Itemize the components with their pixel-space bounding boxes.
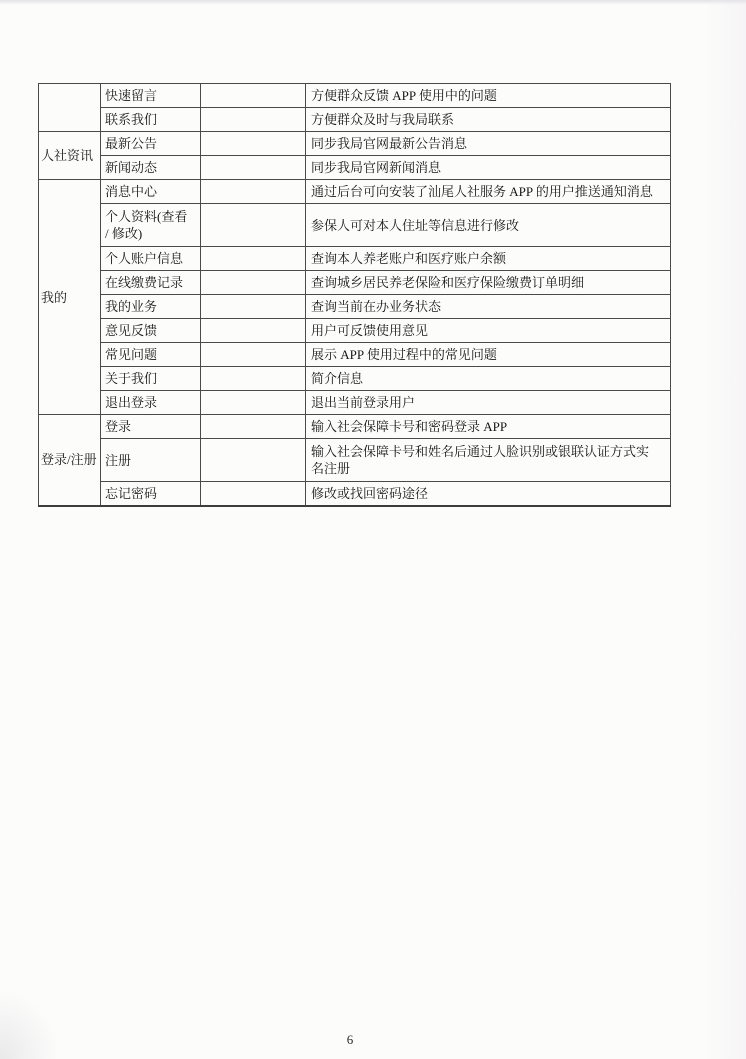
table-row: 个人资料(查看 / 修改) 参保人可对本人住址等信息进行修改	[39, 204, 671, 247]
table-row: 快速留言 方便群众反馈 APP 使用中的问题	[39, 84, 671, 108]
description-cell: 参保人可对本人住址等信息进行修改	[306, 204, 671, 247]
feature-cell: 个人账户信息	[101, 247, 201, 271]
remark-cell	[201, 84, 306, 108]
feature-cell: 退出登录	[101, 391, 201, 415]
remark-cell	[201, 204, 306, 247]
description-cell: 修改或找回密码途径	[306, 482, 671, 506]
remark-cell	[201, 180, 306, 204]
remark-cell	[201, 132, 306, 156]
feature-cell: 个人资料(查看 / 修改)	[101, 204, 201, 247]
remark-cell	[201, 391, 306, 415]
remark-cell	[201, 319, 306, 343]
remark-cell	[201, 439, 306, 482]
feature-cell: 意见反馈	[101, 319, 201, 343]
description-cell: 查询本人养老账户和医疗账户余额	[306, 247, 671, 271]
table-row: 常见问题 展示 APP 使用过程中的常见问题	[39, 343, 671, 367]
description-cell: 输入社会保障卡号和姓名后通过人脸识别或银联认证方式实 名注册	[306, 439, 671, 482]
table-row: 忘记密码 修改或找回密码途径	[39, 482, 671, 506]
feature-cell: 关于我们	[101, 367, 201, 391]
table-row: 我的 消息中心 通过后台可向安装了汕尾人社服务 APP 的用户推送通知消息	[39, 180, 671, 204]
table-row: 注册 输入社会保障卡号和姓名后通过人脸识别或银联认证方式实 名注册	[39, 439, 671, 482]
scan-top-edge-shadow	[0, 0, 746, 5]
feature-cell: 登录	[101, 415, 201, 439]
feature-cell: 新闻动态	[101, 156, 201, 180]
app-features-table: 快速留言 方便群众反馈 APP 使用中的问题 联系我们 方便群众及时与我局联系 …	[38, 83, 671, 507]
feature-cell: 注册	[101, 439, 201, 482]
category-cell: 我的	[39, 180, 101, 415]
scan-corner-smudge	[0, 989, 60, 1059]
table-row: 意见反馈 用户可反馈使用意见	[39, 319, 671, 343]
feature-cell: 我的业务	[101, 295, 201, 319]
feature-cell: 最新公告	[101, 132, 201, 156]
table-row: 关于我们 简介信息	[39, 367, 671, 391]
remark-cell	[201, 108, 306, 132]
table-row: 退出登录 退出当前登录用户	[39, 391, 671, 415]
feature-cell: 消息中心	[101, 180, 201, 204]
feature-cell: 在线缴费记录	[101, 271, 201, 295]
description-cell: 用户可反馈使用意见	[306, 319, 671, 343]
remark-cell	[201, 271, 306, 295]
remark-cell	[201, 295, 306, 319]
description-cell: 方便群众反馈 APP 使用中的问题	[306, 84, 671, 108]
description-cell: 查询当前在办业务状态	[306, 295, 671, 319]
remark-cell	[201, 156, 306, 180]
scan-right-edge-shadow	[704, 0, 746, 1059]
remark-cell	[201, 482, 306, 506]
table-row: 新闻动态 同步我局官网新闻消息	[39, 156, 671, 180]
description-cell: 简介信息	[306, 367, 671, 391]
feature-cell: 忘记密码	[101, 482, 201, 506]
description-cell: 退出当前登录用户	[306, 391, 671, 415]
description-cell: 输入社会保障卡号和密码登录 APP	[306, 415, 671, 439]
table-row: 个人账户信息 查询本人养老账户和医疗账户余额	[39, 247, 671, 271]
description-cell: 通过后台可向安装了汕尾人社服务 APP 的用户推送通知消息	[306, 180, 671, 204]
category-cell: 人社资讯	[39, 132, 101, 180]
table-row: 在线缴费记录 查询城乡居民养老保险和医疗保险缴费订单明细	[39, 271, 671, 295]
table-row: 登录/注册 登录 输入社会保障卡号和密码登录 APP	[39, 415, 671, 439]
description-cell: 同步我局官网最新公告消息	[306, 132, 671, 156]
remark-cell	[201, 367, 306, 391]
table-row: 人社资讯 最新公告 同步我局官网最新公告消息	[39, 132, 671, 156]
feature-cell: 快速留言	[101, 84, 201, 108]
feature-cell: 常见问题	[101, 343, 201, 367]
scanned-document-page: { "page": { "number": "6" }, "table": { …	[0, 0, 746, 1059]
description-cell: 同步我局官网新闻消息	[306, 156, 671, 180]
remark-cell	[201, 247, 306, 271]
table-row: 我的业务 查询当前在办业务状态	[39, 295, 671, 319]
app-features-table-body: 快速留言 方便群众反馈 APP 使用中的问题 联系我们 方便群众及时与我局联系 …	[39, 84, 671, 506]
category-cell	[39, 84, 101, 132]
remark-cell	[201, 343, 306, 367]
page-number: 6	[327, 1032, 373, 1048]
description-cell: 展示 APP 使用过程中的常见问题	[306, 343, 671, 367]
description-cell: 方便群众及时与我局联系	[306, 108, 671, 132]
table-row: 联系我们 方便群众及时与我局联系	[39, 108, 671, 132]
category-cell: 登录/注册	[39, 415, 101, 506]
feature-cell: 联系我们	[101, 108, 201, 132]
description-cell: 查询城乡居民养老保险和医疗保险缴费订单明细	[306, 271, 671, 295]
remark-cell	[201, 415, 306, 439]
